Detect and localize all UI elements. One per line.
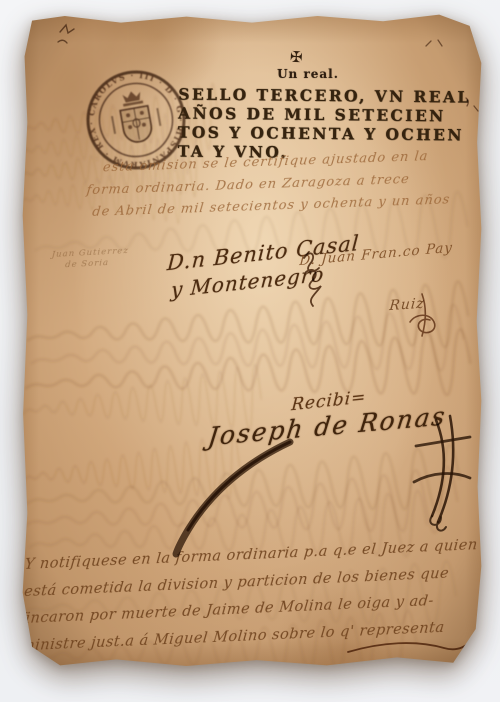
corner-scribble xyxy=(58,25,74,43)
shield-icon xyxy=(120,106,153,144)
photograph-of-manuscript: · CAROLVS · III · D · G · HISPANIARVM · … xyxy=(0,0,500,702)
crown-icon xyxy=(122,90,141,103)
stamp-denomination: Un real. xyxy=(258,67,358,81)
signature-benito-casal: D.n Benito Casal y Montenegro xyxy=(164,230,360,305)
signature-ruiz: Ruiz xyxy=(389,296,426,315)
certification-paragraph: esta omision se le certifique ajustado e… xyxy=(83,145,456,224)
maltese-cross-icon: ✠ xyxy=(290,48,304,67)
pillars-of-hercules xyxy=(112,108,160,134)
crossed-rubric xyxy=(432,416,453,522)
petition-paragraph: Y notifiquese en la forma ordinaria p.a … xyxy=(16,532,479,660)
manuscript-page: · CAROLVS · III · D · G · HISPANIARVM · … xyxy=(18,10,486,672)
margin-note: Juan Gutierrez de Soria xyxy=(51,246,129,272)
handwritten-line: de Soria xyxy=(65,257,129,271)
signature-sweep xyxy=(176,442,290,554)
paper-shadow: · CAROLVS · III · D · G · HISPANIARVM · … xyxy=(0,0,500,702)
